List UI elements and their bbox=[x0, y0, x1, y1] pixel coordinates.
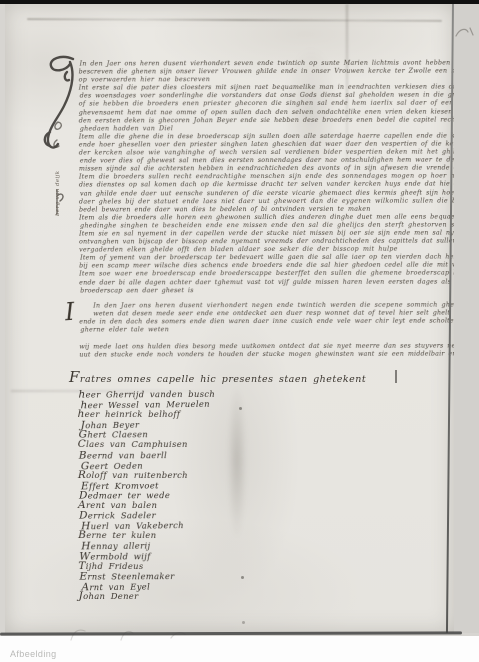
member-name-list: heer Gherrijd vanden buschheer Wessel va… bbox=[78, 388, 299, 601]
member-name: Johan Dener bbox=[79, 591, 299, 601]
manuscript-line: broederscap aen daer gheset is bbox=[80, 286, 466, 295]
member-name: Wermbold wijf bbox=[79, 550, 299, 561]
section-initial: I bbox=[64, 298, 75, 327]
ink-spot bbox=[242, 621, 245, 624]
horizontal-crease bbox=[27, 18, 442, 22]
member-name: Dedmaer ter wede bbox=[79, 489, 299, 500]
manuscript-line: gherne elder tale weten bbox=[80, 325, 466, 334]
margin-note: berg van deijk bbox=[55, 170, 61, 216]
member-name: Claes van Camphuisen bbox=[78, 439, 298, 449]
manuscript-photo: berg van deijk In den Jaer ons heren dus… bbox=[0, 0, 479, 636]
photo-right-gutter bbox=[454, 4, 479, 633]
figure-caption: Afbeelding bbox=[10, 649, 57, 659]
manuscript-text-block: In den Jaer ons heren dusent vierhondert… bbox=[79, 59, 466, 359]
fratres-heading: Fratres omnes capelle hic presentes stae… bbox=[69, 368, 366, 386]
member-name: Tijhd Frideus bbox=[78, 561, 298, 571]
parchment-page: berg van deijk In den Jaer ons heren dus… bbox=[5, 4, 454, 633]
margin-tick-mark bbox=[395, 370, 397, 383]
corner-mark-icon bbox=[452, 22, 476, 42]
pen-flourish-icon bbox=[49, 118, 69, 154]
photo-bottom-border bbox=[0, 631, 462, 635]
manuscript-line: uut den stucke ende noch vonders te houd… bbox=[79, 351, 465, 360]
member-name: Arent van balen bbox=[78, 500, 298, 510]
